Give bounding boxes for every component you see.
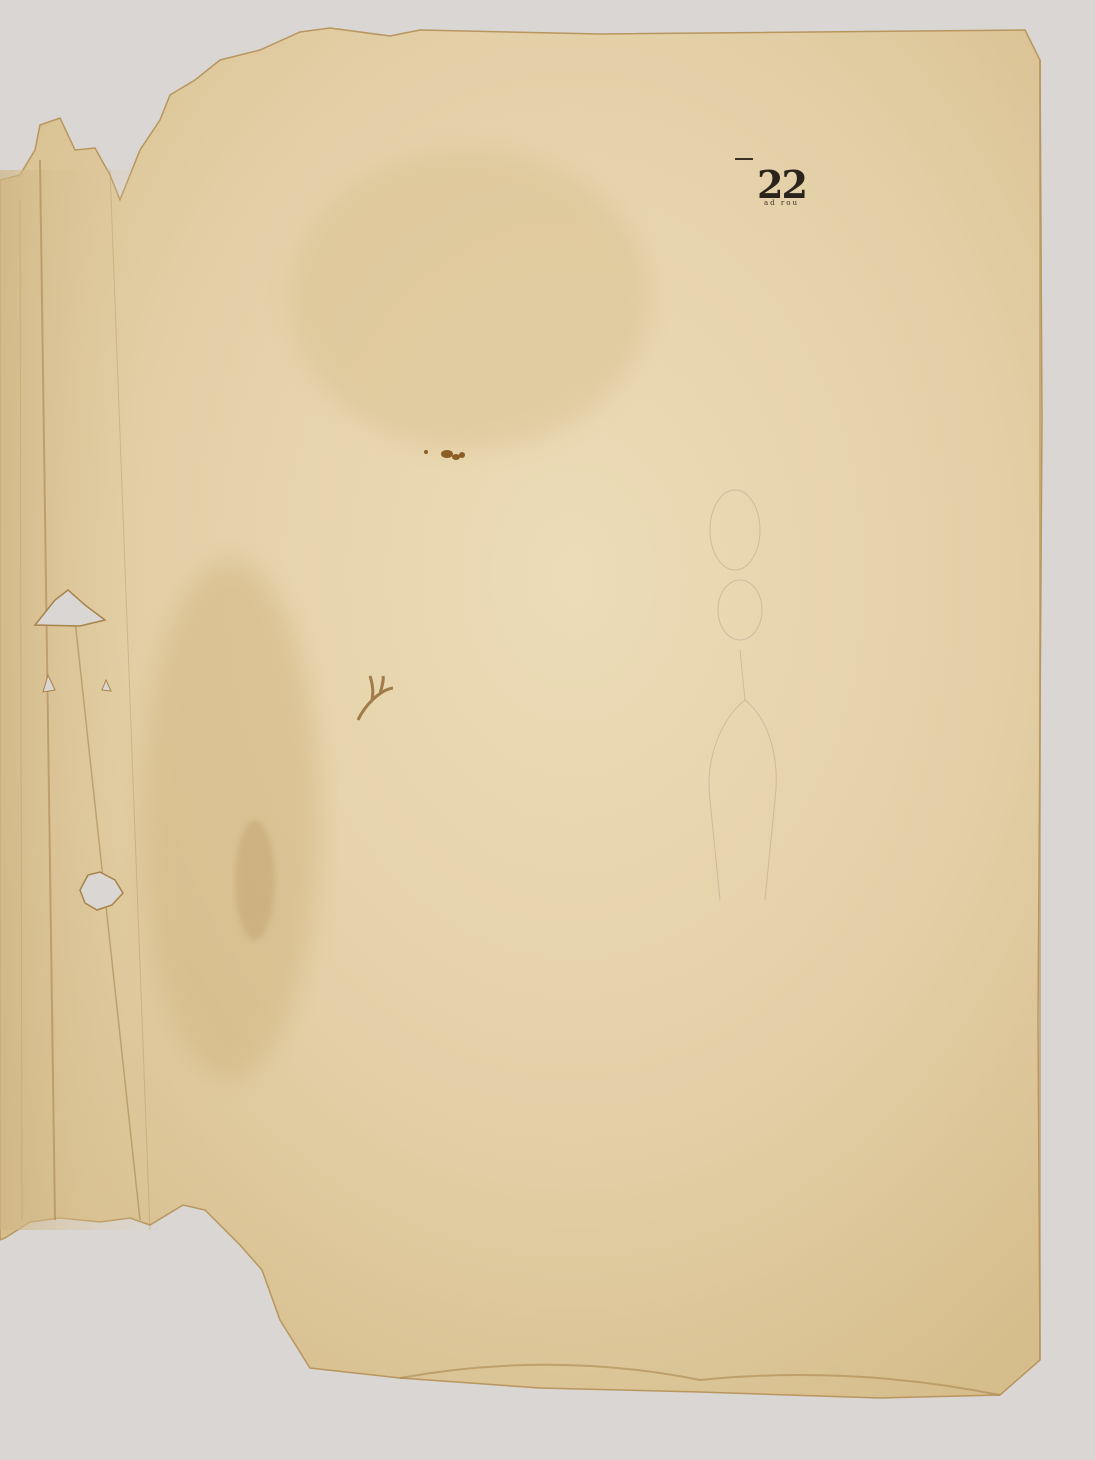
dash-mark [735,158,753,160]
water-stain [235,820,275,940]
water-stain [290,150,650,450]
page-number-subscript: ad rou [764,199,799,207]
water-stain [140,560,320,1080]
document-scan [0,0,1095,1460]
binding-fold [0,170,160,1230]
